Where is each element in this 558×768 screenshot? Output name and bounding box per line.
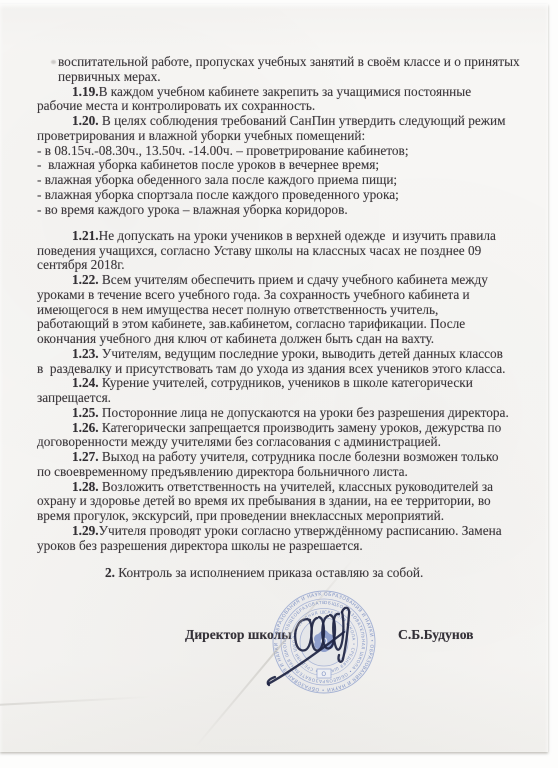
text-line: - влажная уборка обеденного зала после к… <box>37 173 542 188</box>
text-line: уроков без разрешения директора школы не… <box>37 539 542 554</box>
text-line: 1.27. Выход на работу учителя, сотрудник… <box>37 450 542 465</box>
text-line: - влажная уборка кабинетов после уроков … <box>37 158 542 173</box>
text-line: 1.26. Категорически запрещается производ… <box>37 421 542 436</box>
text-line: сентября 2018г. <box>37 258 542 273</box>
item-number: 1.21. <box>72 228 99 243</box>
text-line: - влажная уборка спортзала после каждого… <box>37 188 542 203</box>
bullet-list: - в 08.15ч.-08.30ч., 13.50ч. -14.00ч. – … <box>37 144 542 218</box>
item-number: 1.20. <box>72 113 99 128</box>
paper-crease <box>0 696 151 706</box>
text-line: 1.24. Курение учителей, сотрудников, уче… <box>37 376 542 391</box>
item-number: 1.19. <box>72 84 99 99</box>
text-line: 1.22. Всем учителям обеспечить прием и с… <box>37 273 542 288</box>
paragraph: 1.29.Учителя проводят уроки согласно утв… <box>37 524 542 554</box>
paragraph: 2. Контроль за исполнением приказа остав… <box>37 566 542 581</box>
paragraph: 1.25. Посторонние лица не допускаются на… <box>37 406 542 421</box>
text-line: 1.19.В каждом учебном кабинете закрепить… <box>37 85 542 100</box>
text-line: проветрирования и влажной уборки учебных… <box>37 129 542 144</box>
text-line: 2. Контроль за исполнением приказа остав… <box>37 566 542 581</box>
text-line: в раздевалку и присутствовать там до ухо… <box>37 362 542 377</box>
text-line: имеющегося в нем имущества несет полную … <box>37 303 542 318</box>
text-line: охрану и здоровье детей во время их преб… <box>37 494 542 509</box>
text-line: договоренности между учителями без согла… <box>37 435 542 450</box>
text-line: - во время каждого урока – влажная уборк… <box>37 203 542 218</box>
item-number: 1.28. <box>72 479 99 494</box>
paragraph: 1.28. Возложить ответственность на учите… <box>37 480 542 524</box>
text-line: рабочие места и контролировать их сохран… <box>37 99 542 114</box>
paragraph: 1.26. Категорически запрещается производ… <box>37 421 542 451</box>
item-number: 1.29. <box>72 523 99 538</box>
paragraph: 1.24. Курение учителей, сотрудников, уче… <box>37 376 542 406</box>
document-body: воспитательной работе, пропусках учебных… <box>37 55 542 581</box>
text-line: по своевременному предъявлению директора… <box>37 465 542 480</box>
paragraph: 1.21.Не допускать на уроки учеников в ве… <box>37 229 542 273</box>
text-line: - в 08.15ч.-08.30ч., 13.50ч. -14.00ч. – … <box>37 144 542 159</box>
text-line: запрещается. <box>37 391 542 406</box>
text-line: 1.23. Учителям, ведущим последние уроки,… <box>37 347 542 362</box>
paragraph: 1.19.В каждом учебном кабинете закрепить… <box>37 85 542 115</box>
item-number: 2. <box>105 565 115 580</box>
item-number: 1.25. <box>72 405 99 420</box>
item-number: 1.23. <box>72 346 99 361</box>
text-line: 1.29.Учителя проводят уроки согласно утв… <box>37 524 542 539</box>
paragraph: воспитательной работе, пропусках учебных… <box>37 55 542 85</box>
item-number: 1.27. <box>72 449 99 464</box>
paragraph: 1.20. В целях соблюдения требований СанП… <box>37 114 542 144</box>
paragraph: 1.27. Выход на работу учителя, сотрудник… <box>37 450 542 480</box>
text-line: время прогулок, экскурсий, при проведени… <box>37 509 542 524</box>
text-line: окончания учебного дня ключ от кабинета … <box>37 332 542 347</box>
paragraph: 1.23. Учителям, ведущим последние уроки,… <box>37 347 542 377</box>
text-line: воспитательной работе, пропусках учебных… <box>58 55 542 70</box>
text-line: 1.28. Возложить ответственность на учите… <box>37 480 542 495</box>
director-name: С.Б.Будунов <box>398 627 474 643</box>
item-number: 1.24. <box>72 375 99 390</box>
text-line: уроками в течение всего учебного года. З… <box>37 288 542 303</box>
director-signature-scribble <box>255 602 365 694</box>
item-number: 1.26. <box>72 420 99 435</box>
item-number: 1.22. <box>72 272 99 287</box>
text-line: 1.20. В целях соблюдения требований СанП… <box>37 114 542 129</box>
text-line: работающий в этом кабинете, зав.кабинето… <box>37 317 542 332</box>
text-line: первичных мерах. <box>58 70 542 85</box>
paragraph: 1.22. Всем учителям обеспечить прием и с… <box>37 273 542 347</box>
scanned-page: воспитательной работе, пропусках учебных… <box>0 4 548 752</box>
text-line: поведения учащихся, согласно Уставу школ… <box>37 244 542 259</box>
text-line: 1.21.Не допускать на уроки учеников в ве… <box>37 229 542 244</box>
text-line: 1.25. Посторонние лица не допускаются на… <box>37 406 542 421</box>
